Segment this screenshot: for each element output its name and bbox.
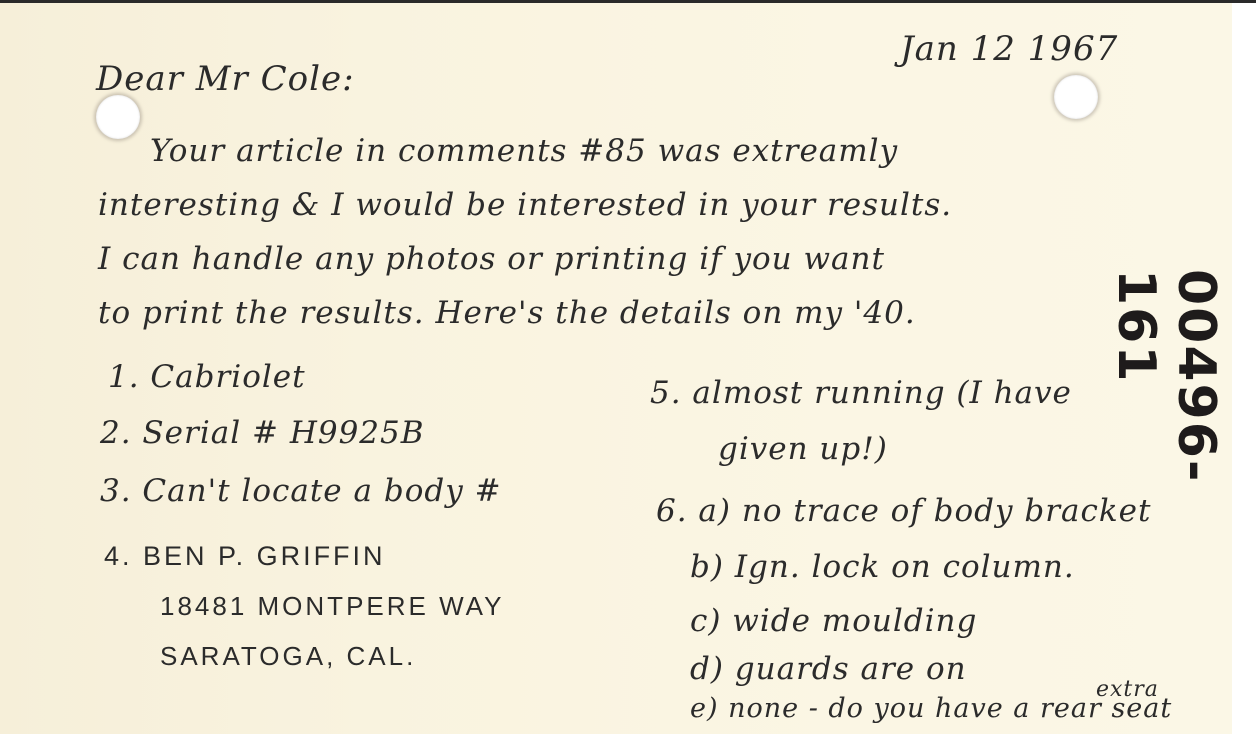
punch-hole-left (96, 95, 140, 139)
body-line-1: Your article in comments #85 was extream… (150, 133, 898, 169)
body-line-2: interesting & I would be interested in y… (98, 187, 952, 223)
address-street: 18481 MONTPERE WAY (160, 591, 504, 622)
list-item-5: 5. almost running (I have (650, 375, 1072, 411)
list-item-6a: 6. a) no trace of body bracket (656, 493, 1151, 529)
letter-date: Jan 12 1967 (900, 29, 1118, 69)
list-item-4-name: 4. BEN P. GRIFFIN (104, 541, 386, 572)
address-city: SARATOGA, CAL. (160, 641, 416, 672)
archive-stamp-number: 00496-161 (1166, 269, 1226, 579)
insertion-note: extra (1096, 677, 1159, 702)
punch-hole-right (1054, 75, 1098, 119)
list-item-6b: b) Ign. lock on column. (690, 549, 1075, 585)
list-item-6d: d) guards are on (690, 651, 967, 687)
list-item-5-cont: given up!) (718, 431, 888, 467)
body-line-3: I can handle any photos or printing if y… (98, 241, 885, 277)
body-line-4: to print the results. Here's the details… (98, 295, 916, 331)
list-item-2: 2. Serial # H9925B (100, 415, 425, 451)
list-item-1: 1. Cabriolet (108, 359, 306, 395)
index-card: Jan 12 1967 Dear Mr Cole: Your article i… (0, 3, 1232, 734)
salutation: Dear Mr Cole: (96, 59, 355, 99)
list-item-3: 3. Can't locate a body # (100, 473, 502, 509)
list-item-6c: c) wide moulding (690, 603, 977, 639)
